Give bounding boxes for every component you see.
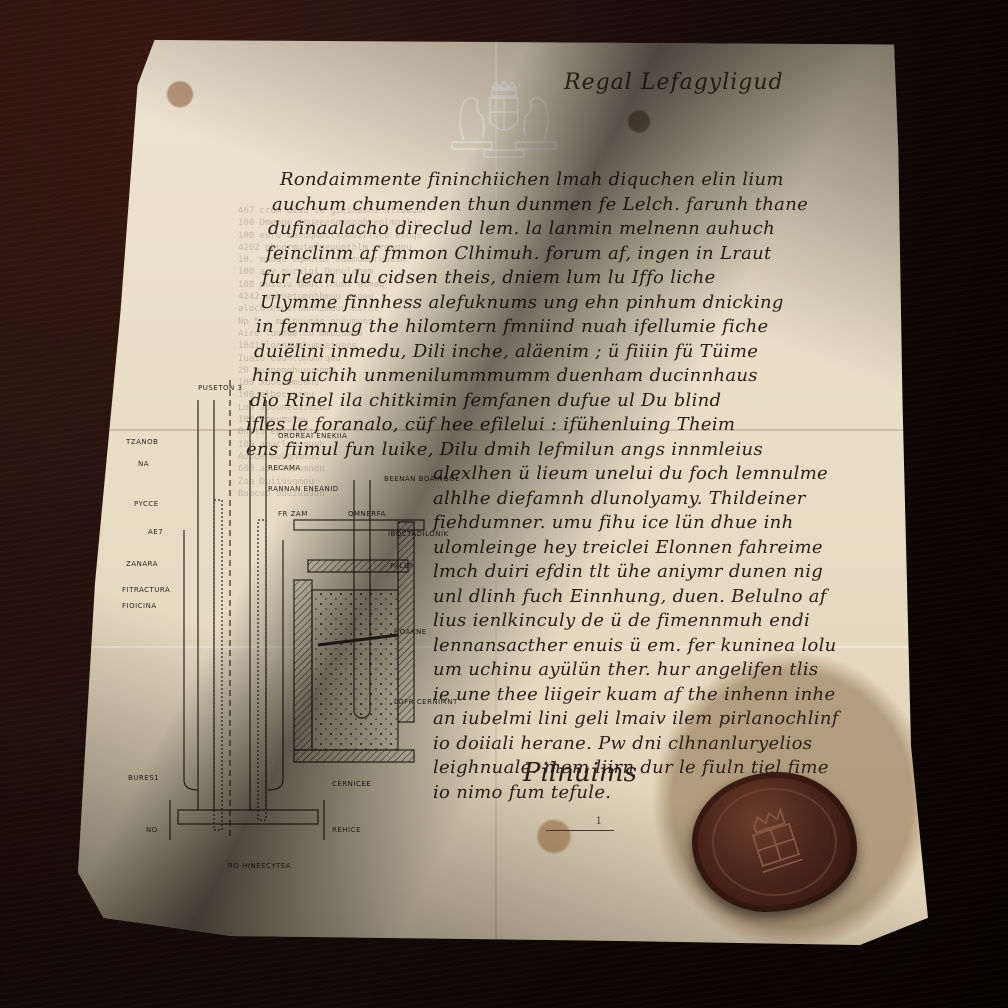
diagram-label: OROREAI ENEKIIA: [278, 432, 347, 440]
diagram-label: NA: [138, 460, 149, 468]
letter-line: alhlhe diefamnh dlunolyamy. Thildeiner: [433, 487, 839, 512]
diagram-label: CERNICEE: [332, 780, 371, 788]
diagram-label: FITRACTURA: [122, 586, 170, 594]
letterhead-title: Regal Lefagyligud: [564, 70, 784, 95]
diagram-label: FR ZAM: [278, 510, 308, 518]
page-number-line: 1: [546, 830, 614, 831]
letter-line: lennansacther enuis ü em. fer kuninea lo…: [433, 634, 839, 659]
diagram-title: RO HINEECYTEA: [228, 862, 291, 870]
diagram-label: BEENAN BOAINGOL: [384, 475, 460, 483]
letter-line: in fenmnug the hilomtern fmniind nuah if…: [256, 315, 808, 340]
diagram-label: PYCCE: [134, 500, 159, 508]
page-number: 1: [596, 816, 602, 827]
diagram-label: PUSETON 3: [198, 384, 242, 392]
diagram-label: REHICE: [332, 826, 361, 834]
letter-line: lius ienlkinculy de ü de fimennmuh endi: [433, 609, 839, 634]
diagram-label: HOAKNE: [394, 628, 427, 636]
letter-line: ulomleinge hey treiclei Elonnen fahreime: [433, 536, 839, 561]
diagram-label: RECAMA: [268, 464, 301, 472]
royal-crest-emboss-icon: [434, 80, 574, 160]
diagram-label: AE7: [148, 528, 163, 536]
letter-line: duiëlini inmedu, Dili inche, aläenim ; ü…: [254, 340, 808, 365]
letter-line: an iubelmi lini geli lmaiv ilem pirlanoc…: [433, 707, 839, 732]
diagram-label: LOFR CERNIMNT: [394, 698, 458, 706]
diagram-label: NO: [146, 826, 158, 834]
letter-line: fiehdumner. umu fihu ice lün dhue inh: [433, 511, 839, 536]
diagram-label: PALEP: [390, 562, 414, 570]
letter-line: auchum chumenden thun dunmen fe Lelch. f…: [272, 193, 808, 218]
technical-diagram: PUSETON 3 TZANOB NA OROREAI ENEKIIA RECA…: [118, 380, 458, 860]
letter-line: feinclinm af fmmon Clhimuh. forum af, in…: [266, 242, 808, 267]
signature: Pilnuims: [523, 758, 637, 788]
letter-line: fur lean ulu cidsen theis, dniem lum lu …: [262, 266, 808, 291]
diagram-label: TZANOB: [126, 438, 158, 446]
letter-line: ie une thee liigeir kuam af the inhenn i…: [433, 683, 839, 708]
letter-line: alexlhen ü lieum unelui du foch lemnulme: [433, 462, 839, 487]
letter-line: io doiiali herane. Pw dni clhnanluryelio…: [433, 732, 839, 757]
letter-line: Rondaimmente fininchiichen lmah diquchen…: [280, 168, 808, 193]
diagram-label: RANNAN ENEANID: [268, 485, 339, 493]
letter-line: lmch duiri efdin tlt ühe aniymr dunen ni…: [433, 560, 839, 585]
diagram-label: ZANARA: [126, 560, 158, 568]
letter-line: um uchinu ayülün ther. hur angelifen tli…: [433, 658, 839, 683]
diagram-label: IBOCTADILONIK: [388, 530, 449, 538]
diagram-label: FIOICINA: [122, 602, 157, 610]
seal-crest-icon: [712, 788, 837, 896]
diagram-label: OMNERFA: [348, 510, 386, 518]
handwritten-letter-body-lower: alexlhen ü lieum unelui du foch lemnulme…: [433, 462, 839, 805]
letter-line: dufinaalacho direclud lem. la lanmin mel…: [268, 217, 808, 242]
letter-line: Ulymme finnhess alefuknums ung ehn pinhu…: [260, 291, 808, 316]
diagram-label: BURES1: [128, 774, 159, 782]
letter-line: unl dlinh fuch Einnhung, duen. Belulno a…: [433, 585, 839, 610]
wax-seal: [692, 772, 857, 912]
